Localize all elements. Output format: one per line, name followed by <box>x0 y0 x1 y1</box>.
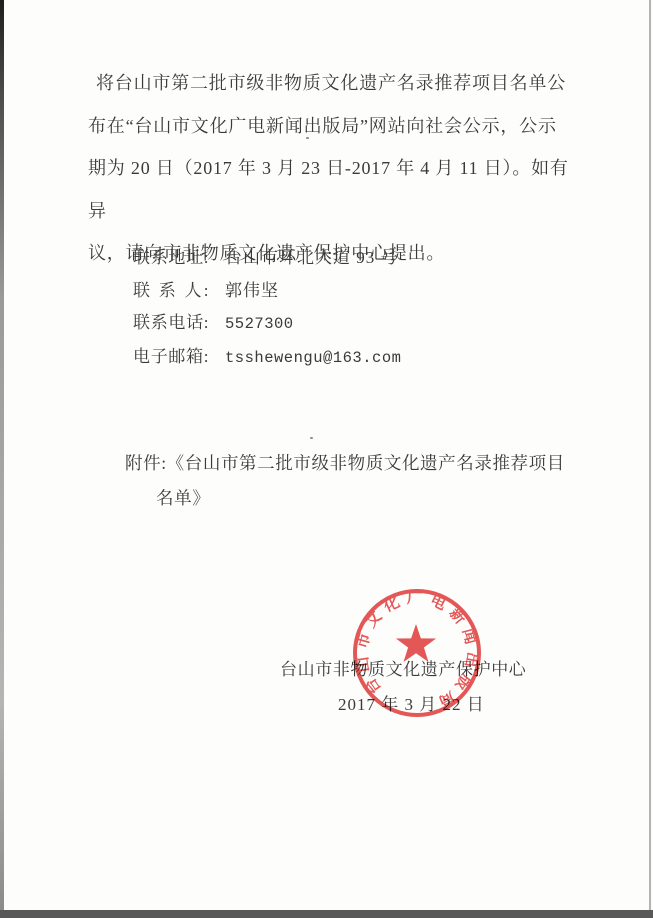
attachment-line2: 名单》 <box>156 481 565 516</box>
attachment-block: 附件:《台山市第二批市级非物质文化遗产名录推荐项目 名单》 <box>125 446 565 516</box>
contact-phone-value: 5527300 <box>225 315 294 333</box>
scan-speck <box>306 137 309 139</box>
contact-row-email: 电子邮箱:tsshewengu@163.com <box>133 341 401 375</box>
contact-row-address: 联系地址:台山市环北大道 93 号 <box>133 242 401 275</box>
scan-edge-right <box>649 0 651 918</box>
contact-email-label: 电子邮箱: <box>133 341 209 374</box>
contact-person-value: 郭伟坚 <box>225 281 279 300</box>
scan-edge-bottom <box>0 910 653 918</box>
official-seal: 台山市文化广电新闻出版局 <box>349 585 485 721</box>
contact-address-value: 台山市环北大道 93 号 <box>225 248 399 267</box>
attachment-line1: 附件:《台山市第二批市级非物质文化遗产名录推荐项目 <box>125 446 565 481</box>
scan-edge-left <box>0 0 4 918</box>
contact-person-label: 联 系 人: <box>133 275 209 308</box>
contact-phone-label: 联系电话: <box>133 307 209 340</box>
scan-speck <box>310 437 313 439</box>
contact-block: 联系地址:台山市环北大道 93 号 联 系 人:郭伟坚 联系电话:5527300… <box>133 242 401 374</box>
scanned-document-page: 将台山市第二批市级非物质文化遗产名录推荐项目名单公 布在“台山市文化广电新闻出版… <box>0 0 653 918</box>
seal-star <box>396 624 436 662</box>
contact-email-value: tsshewengu@163.com <box>225 349 401 367</box>
paragraph-line: 布在“台山市文化广电新闻出版局”网站向社会公示，公示 <box>88 105 574 148</box>
contact-row-person: 联 系 人:郭伟坚 <box>133 275 401 308</box>
paragraph-line: 将台山市第二批市级非物质文化遗产名录推荐项目名单公 <box>88 62 574 105</box>
paragraph-line: 期为 20 日（2017 年 3 月 23 日-2017 年 4 月 11 日）… <box>88 147 574 232</box>
contact-address-label: 联系地址: <box>133 242 209 275</box>
contact-row-phone: 联系电话:5527300 <box>133 307 401 341</box>
